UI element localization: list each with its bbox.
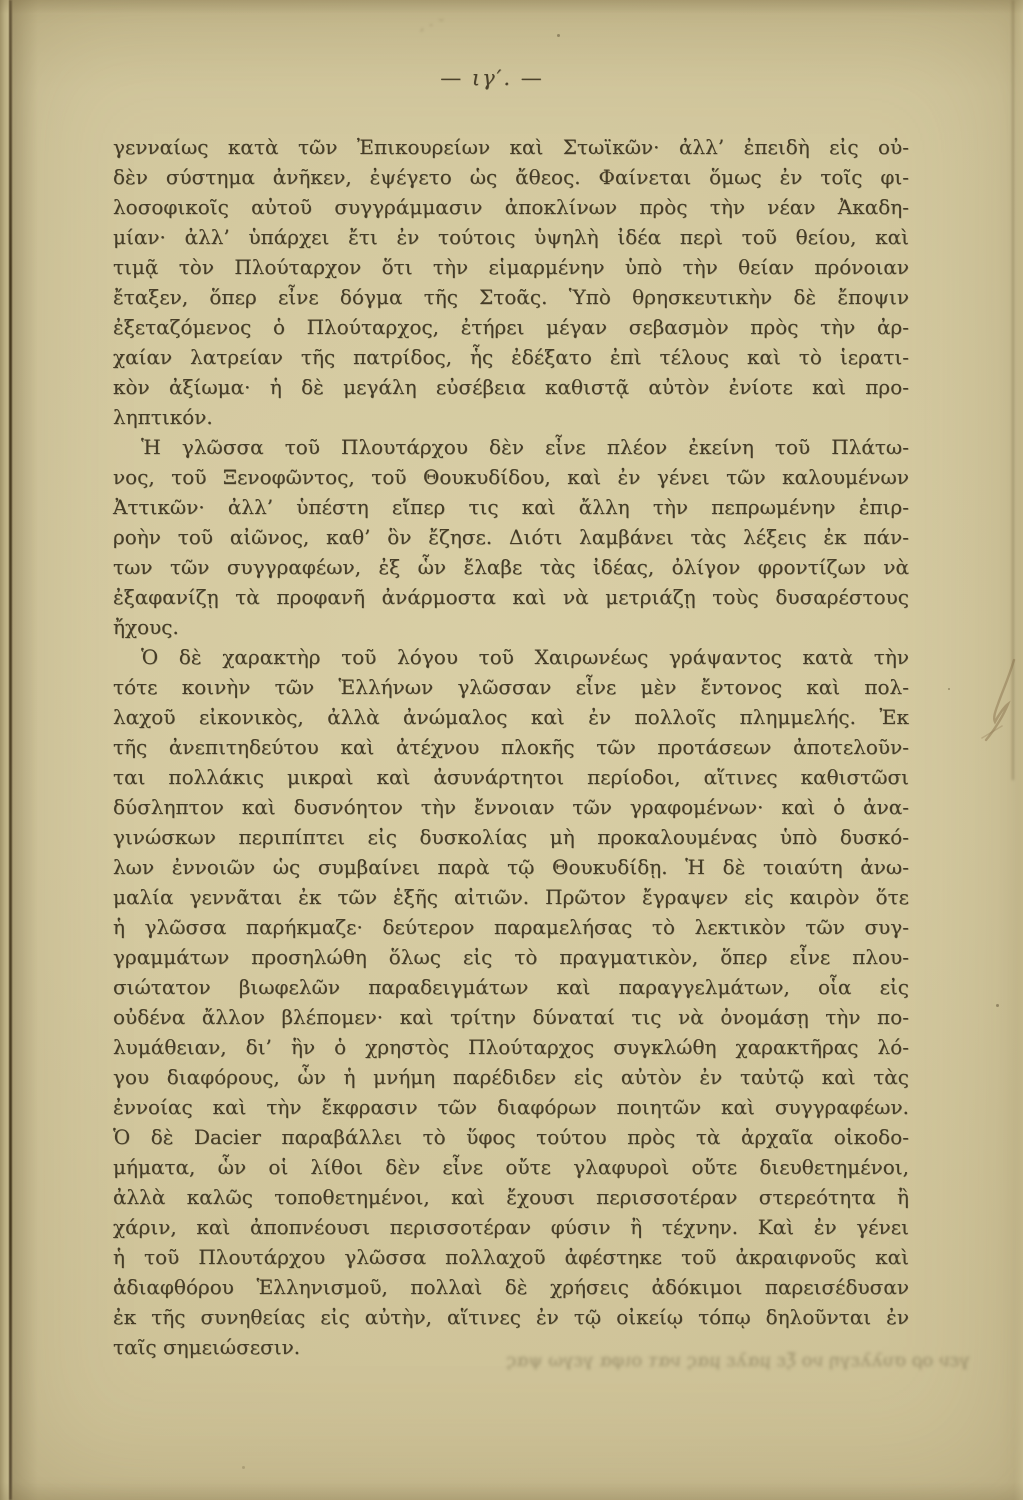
- text-line: Ἀττικῶν· ἀλλ’ ὑπέστη εἴπερ τις καὶ ἄλλη …: [113, 492, 909, 522]
- text-line: ἡ τοῦ Πλουτάρχου γλῶσσα πολλαχοῦ ἀφέστηκ…: [113, 1242, 909, 1272]
- page-number: — ιγ′. —: [112, 66, 872, 90]
- text-line: Ὁ δὲ Dacier παραβάλλει τὸ ὕφος τούτου πρ…: [113, 1122, 909, 1152]
- paper-speck: [948, 688, 950, 690]
- text-line: γινώσκων περιπίπτει εἰς δυσκολίας μὴ προ…: [113, 822, 909, 852]
- text-line: λαχοῦ εἰκονικὸς, ἀλλὰ ἀνώμαλος καὶ ἐν πο…: [113, 702, 909, 732]
- text-line: χαίαν λατρείαν τῆς πατρίδος, ἧς ἐδέξατο …: [113, 342, 909, 372]
- text-line: γου διαφόρους, ὧν ἡ μνήμη παρέδιδεν εἰς …: [113, 1062, 909, 1092]
- text-line: Ἡ γλῶσσα τοῦ Πλουτάρχου δὲν εἶνε πλέον ἐ…: [113, 432, 909, 462]
- scanned-book-page: — ιγ′. — γενναίως κατὰ τῶν Ἐπικουρείων κ…: [0, 0, 1023, 1500]
- paper-smudge: , · ˘: [420, 18, 570, 44]
- text-line: οὐδένα ἄλλον βλέπομεν· καὶ τρίτην δύνατα…: [113, 1002, 909, 1032]
- paper-speck: [557, 34, 560, 37]
- top-edge-shadow: [0, 0, 1023, 14]
- text-line: ται πολλάκις μικραὶ καὶ ἀσυνάρτητοι περί…: [113, 762, 909, 792]
- book-gutter-edge: [0, 0, 9, 1500]
- text-line: χάριν, καὶ ἀποπνέουσι περισσοτέραν φύσιν…: [113, 1212, 909, 1242]
- text-line: ἀλλὰ καλῶς τοποθετημένοι, καὶ ἔχουσι περ…: [113, 1182, 909, 1212]
- text-line: ἔταξεν, ὅπερ εἶνε δόγμα τῆς Στοᾶς. Ὑπὸ θ…: [113, 282, 909, 312]
- paper-speck: [996, 1004, 999, 1007]
- text-line: ἡ γλῶσσα παρήκμαζε· δεύτερον παραμελήσας…: [113, 912, 909, 942]
- ink-bleedthrough: γεν ορ συλλεγη νο ξε μαλε μας νατ οιφα γ…: [330, 1347, 970, 1375]
- text-line: ἐξεταζόμενος ὁ Πλούταρχος, ἐτήρει μέγαν …: [113, 312, 909, 342]
- text-line: κὸν ἀξίωμα· ἡ δὲ μεγάλη εὐσέβεια καθιστᾷ…: [113, 372, 909, 402]
- text-line: ροὴν τοῦ αἰῶνος, καθ’ ὃν ἔζησε. Διότι λα…: [113, 522, 909, 552]
- text-line: λοσοφικοῖς αὐτοῦ συγγράμμασιν ἀποκλίνων …: [113, 192, 909, 222]
- text-line: των τῶν συγγραφέων, ἐξ ὧν ἔλαβε τὰς ἰδέα…: [113, 552, 909, 582]
- paper-speck: [242, 1466, 245, 1469]
- text-line: τότε κοινὴν τῶν Ἑλλήνων γλῶσσαν εἶνε μὲν…: [113, 672, 909, 702]
- text-line: μήματα, ὧν οἱ λίθοι δὲν εἶνε οὔτε γλαφυρ…: [113, 1152, 909, 1182]
- text-line: ἤχους.: [113, 612, 909, 642]
- text-line: σιώτατον βιωφελῶν παραδειγμάτων καὶ παρα…: [113, 972, 909, 1002]
- bottom-edge-shadow: [0, 1482, 1023, 1500]
- text-line: δὲν σύστημα ἀνῆκεν, ἐψέγετο ὡς ἄθεος. Φα…: [113, 162, 909, 192]
- text-line: ἐξαφανίζῃ τὰ προφανῆ ἀνάρμοστα καὶ νὰ με…: [113, 582, 909, 612]
- text-line: ἐκ τῆς συνηθείας εἰς αὐτὴν, αἵτινες ἐν τ…: [113, 1302, 909, 1332]
- margin-pen-mark: [968, 652, 1020, 772]
- text-line: γενναίως κατὰ τῶν Ἐπικουρείων καὶ Στωϊκῶ…: [113, 132, 909, 162]
- text-line: ληπτικόν.: [113, 402, 909, 432]
- text-line: γραμμάτων προσηλώθη ὅλως εἰς τὸ πραγματι…: [113, 942, 909, 972]
- text-line: νος, τοῦ Ξενοφῶντος, τοῦ Θουκυδίδου, καὶ…: [113, 462, 909, 492]
- text-line: μίαν· ἀλλ’ ὑπάρχει ἔτι ἐν τούτοις ὑψηλὴ …: [113, 222, 909, 252]
- text-line: δύσληπτον καὶ δυσνόητον τὴν ἔννοιαν τῶν …: [113, 792, 909, 822]
- text-line: λυμάθειαν, δι’ ἣν ὁ χρηστὸς Πλούταρχος σ…: [113, 1032, 909, 1062]
- text-line: μαλία γεννᾶται ἐκ τῶν ἑξῆς αἰτιῶν. Πρῶτο…: [113, 882, 909, 912]
- text-line: ἐννοίας καὶ τὴν ἔκφρασιν τῶν διαφόρων πο…: [113, 1092, 909, 1122]
- text-line: τῆς ἀνεπιτηδεύτου καὶ ἀτέχνου πλοκῆς τῶν…: [113, 732, 909, 762]
- text-line: ἀδιαφθόρου Ἑλληνισμοῦ, πολλαὶ δὲ χρήσεις…: [113, 1272, 909, 1302]
- text-line: τιμᾷ τὸν Πλούταρχον ὅτι τὴν εἱμαρμένην ὑ…: [113, 252, 909, 282]
- text-block: γενναίως κατὰ τῶν Ἐπικουρείων καὶ Στωϊκῶ…: [113, 132, 909, 1362]
- text-line: Ὁ δὲ χαρακτὴρ τοῦ λόγου τοῦ Χαιρωνέως γρ…: [113, 642, 909, 672]
- text-line: λων ἐννοιῶν ὡς συμβαίνει παρὰ τῷ Θουκυδί…: [113, 852, 909, 882]
- gutter-shadow: [12, 0, 38, 1500]
